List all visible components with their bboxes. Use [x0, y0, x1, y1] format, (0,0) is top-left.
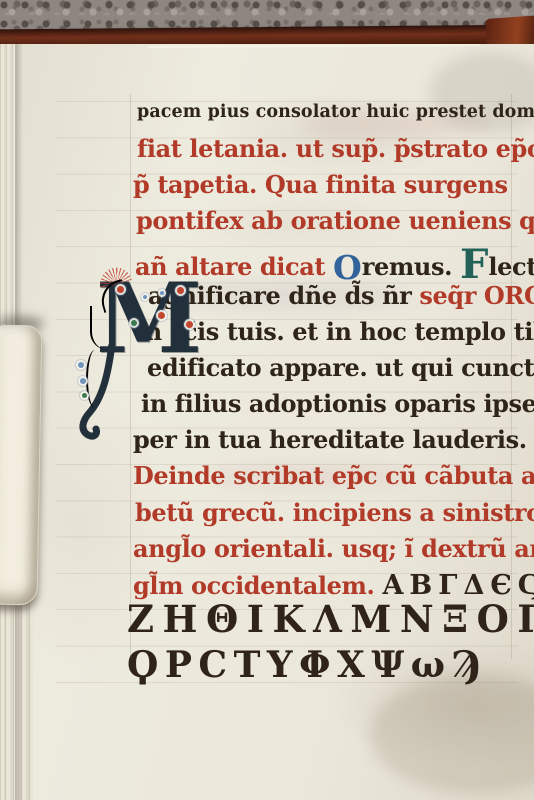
text-line-11: Deinde scribat ep̃c cũ cãbuta alfa	[133, 464, 534, 488]
manuscript-photo: pacem pius consolator huic prestet domui…	[0, 0, 534, 800]
manuscript-page: pacem pius consolator huic prestet domui…	[0, 44, 534, 800]
text-line-4: pontifex ab oratione ueniens q;	[136, 209, 534, 233]
text-line-1: pacem pius consolator huic prestet domui…	[137, 104, 534, 122]
latin-text: per in tua hereditate lauderis. P̃.	[133, 425, 534, 454]
latin-text: pacem pius consolator huic prestet domui…	[137, 102, 534, 122]
decor-dot-green	[82, 393, 87, 398]
latin-text: lect	[488, 252, 534, 281]
decor-dot-red	[117, 286, 124, 293]
initial-M-red-flourish	[86, 350, 104, 408]
text-line-13: angl̃o orientali. usq; ĩ dextrũ an	[133, 537, 534, 561]
decor-dot-blue	[80, 378, 86, 384]
decor-dot-red	[186, 321, 193, 328]
latin-rubric: fiat letania. ut sup̃. p̃strato ep̃o su	[137, 134, 534, 163]
latin-rubric: gl̃m occidentalem.	[133, 571, 382, 600]
text-line-6: agnificare dñe d̃s ñr seq̃r ORO.	[148, 284, 534, 308]
text-line-2: fiat letania. ut sup̃. p̃strato ep̃o su	[137, 137, 534, 161]
latin-rubric: seq̃r ORO.	[419, 281, 534, 310]
latin-text: remus.	[362, 252, 460, 281]
text-line-8: edificato appare. ut qui cuncta	[147, 356, 534, 380]
greek-alphabet-line-3: ϘΡϹΤΥΦΧΨωϠ	[127, 644, 487, 686]
latin-rubric: p̃ tapetia. Qua finita surgens	[133, 170, 508, 199]
text-line-16: ϘΡϹΤΥΦΧΨωϠ	[127, 647, 487, 683]
decor-dot-blue	[143, 295, 147, 299]
decor-dot-blue	[160, 291, 164, 295]
text-line-14: gl̃m occidentalem. ΑΒΓΔЄϚ	[133, 572, 534, 599]
latin-rubric: betũ grecũ. incipiens a sinistro	[135, 498, 534, 527]
decor-dot-red	[177, 287, 184, 294]
text-line-15: ΖΗΘΙΚΛΜΝΞΟΠ	[127, 601, 534, 638]
latin-text: edificato appare. ut qui cuncta	[147, 353, 534, 382]
latin-rubric: pontifex ab oratione ueniens q;	[136, 206, 534, 235]
latin-rubric: Deinde scribat ep̃c cũ cãbuta alfa	[133, 461, 534, 490]
decor-dot-blue	[78, 362, 84, 368]
margin-rule-left	[130, 94, 131, 659]
latin-text: in filius adoptionis oparis ipse sẽ	[141, 389, 534, 418]
text-line-10: per in tua hereditate lauderis. P̃.	[133, 428, 534, 452]
binding-strap	[0, 325, 42, 606]
latin-rubric: angl̃o orientali. usq; ĩ dextrũ an	[133, 534, 534, 563]
decor-dot-green	[131, 320, 137, 326]
text-line-3: p̃ tapetia. Qua finita surgens	[133, 173, 508, 197]
greek-alphabet-line-2: ΖΗΘΙΚΛΜΝΞΟΠ	[127, 597, 534, 641]
text-line-9: in filius adoptionis oparis ipse sẽ	[141, 392, 534, 416]
text-line-12: betũ grecũ. incipiens a sinistro	[135, 501, 534, 525]
decor-dot-red	[158, 312, 165, 319]
